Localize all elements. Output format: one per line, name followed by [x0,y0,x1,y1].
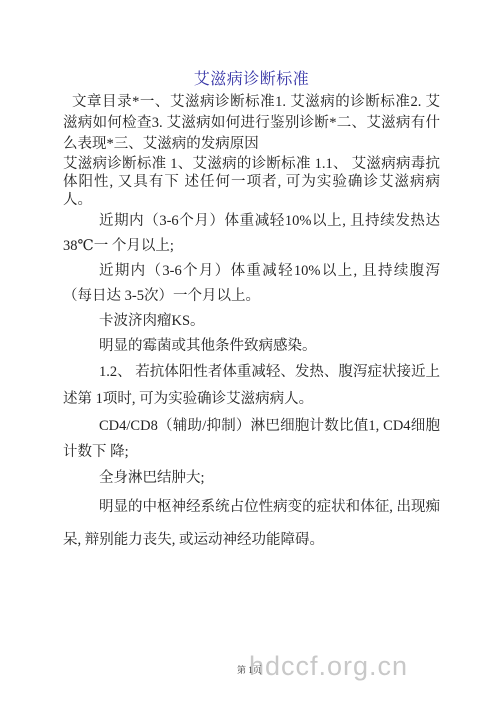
paragraph: CD4/CD8（辅助/抑制）淋巴细胞计数比值1, CD4细胞计数下 降; [63,413,440,465]
paragraph: 近期内（3-6个月）体重减轻10%以上, 且持续腹泻（每日达 3-5次）一个月以… [63,259,440,309]
watermark: hdccf.org.cn [249,650,408,682]
paragraph: 近期内（3-6个月）体重减轻10%以上, 且持续发热达38℃一 个月以上; [63,209,440,259]
paragraph: 卡波济肉瘤KS。 [63,309,440,334]
paragraph-toc: 文章目录*一、艾滋病诊断标准1. 艾滋病的诊断标准2. 艾滋病如何检查3. 艾滋… [63,92,440,155]
paragraph: 明显的霉菌或其他条件致病感染。 [63,334,440,359]
paragraph: 艾滋病诊断标准 1、艾滋病的诊断标准 1.1、 艾滋病病毒抗体阳性, 又具有下 … [63,155,440,209]
page-number: 第 1页 [237,663,262,676]
document-page: 艾滋病诊断标准 文章目录*一、艾滋病诊断标准1. 艾滋病的诊断标准2. 艾滋病如… [0,0,500,707]
document-content: 艾滋病诊断标准 文章目录*一、艾滋病诊断标准1. 艾滋病的诊断标准2. 艾滋病如… [63,0,440,557]
paragraph: 明显的中枢神经系统占位性病变的症状和体征, 出现痴呆, 辩别能力丧失, 或运动神… [63,491,440,557]
document-title: 艾滋病诊断标准 [63,68,440,92]
paragraph: 全身淋巴结肿大; [63,465,440,491]
paragraph: 1.2、 若抗体阳性者体重减轻、发热、腹泻症状接近上述第 1项时, 可为实验确诊… [63,359,440,413]
